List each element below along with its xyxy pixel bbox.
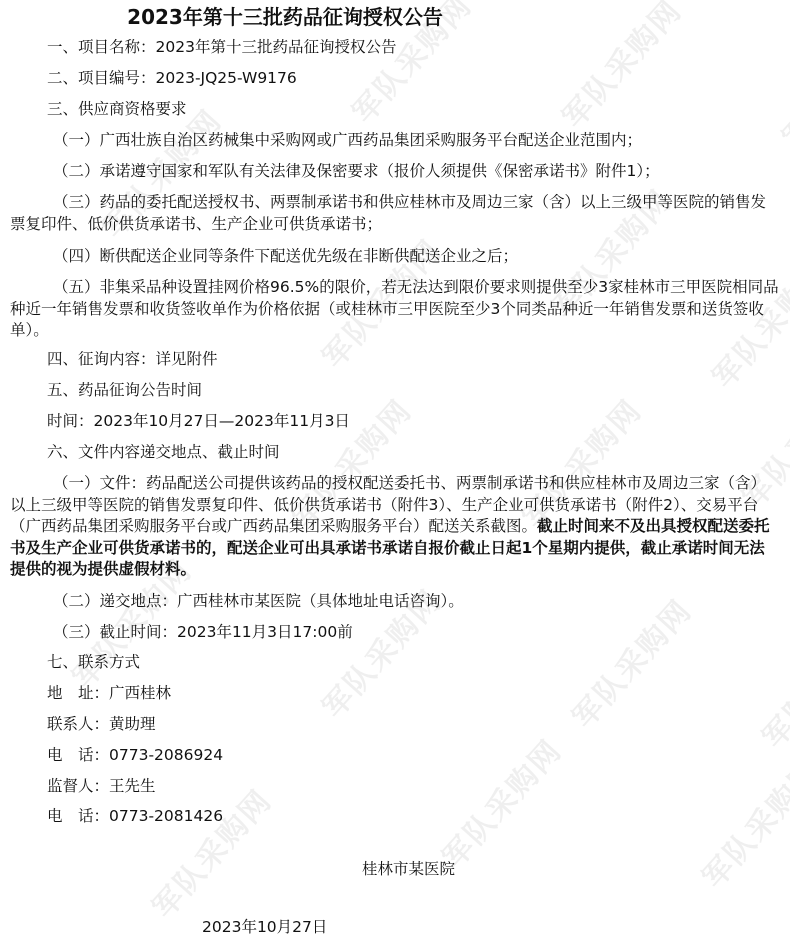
supervisor-label: 监督人：	[47, 776, 109, 798]
contact-person: 联系人：黄助理	[47, 714, 156, 736]
submission-location: （二）递交地点：广西桂林市某医院（具体地址电话咨询）。	[53, 591, 464, 613]
phone-value: 0773-2086924	[109, 746, 223, 764]
section-supplier-requirements: 三、供应商资格要求	[47, 99, 187, 121]
supervisor-phone-label: 电 话：	[47, 806, 109, 828]
section-contact: 七、联系方式	[47, 652, 140, 674]
section-inquiry-content: 四、征询内容：详见附件	[47, 349, 218, 371]
requirement-item: （一）广西壮族自治区药械集中采购网或广西药品集团采购服务平台配送企业范围内；	[53, 130, 642, 152]
announcement-document: 2023年第十三批药品征询授权公告 一、项目名称：2023年第十三批药品征询授权…	[0, 0, 790, 939]
submission-documents: （一）文件：药品配送公司提供该药品的授权配送委托书、两票制承诺书和供应桂林市及周…	[10, 473, 780, 581]
submission-deadline: （三）截止时间：2023年11月3日17:00前	[53, 622, 353, 644]
supervisor: 监督人：王先生	[47, 776, 156, 798]
address-value: 广西桂林	[109, 684, 171, 702]
project-number: 二、项目编号：2023-JQ25-W9176	[47, 68, 297, 90]
requirement-item: （二）承诺遵守国家和军队有关法律及保密要求（报价人须提供《保密承诺书》附件1）；	[53, 161, 660, 183]
signature-date: 2023年10月27日	[202, 917, 327, 939]
requirement-item: （五）非集采品种设置挂网价格96.5%的限价，若无法达到限价要求则提供至少3家桂…	[10, 277, 780, 342]
project-name: 一、项目名称：2023年第十三批药品征询授权公告	[47, 37, 396, 59]
contact-person-value: 黄助理	[109, 715, 156, 733]
contact-person-label: 联系人：	[47, 714, 109, 736]
supervisor-phone: 电 话：0773-2081426	[47, 806, 223, 828]
phone-label: 电 话：	[47, 745, 109, 767]
address-label: 地 址：	[47, 683, 109, 705]
contact-address: 地 址：广西桂林	[47, 683, 171, 705]
announcement-time-range: 时间：2023年10月27日—2023年11月3日	[47, 411, 350, 433]
section-announcement-time: 五、药品征询公告时间	[47, 380, 202, 402]
supervisor-phone-value: 0773-2081426	[109, 807, 223, 825]
signature-org: 桂林市某医院	[362, 859, 455, 881]
requirement-item: （四）断供配送企业同等条件下配送优先级在非断供配送企业之后；	[53, 246, 518, 268]
document-title: 2023年第十三批药品征询授权公告	[0, 3, 570, 31]
requirement-item: （三）药品的委托配送授权书、两票制承诺书和供应桂林市及周边三家（含）以上三级甲等…	[10, 192, 780, 235]
section-submission: 六、文件内容递交地点、截止时间	[47, 442, 280, 464]
contact-phone: 电 话：0773-2086924	[47, 745, 223, 767]
supervisor-value: 王先生	[109, 777, 156, 795]
